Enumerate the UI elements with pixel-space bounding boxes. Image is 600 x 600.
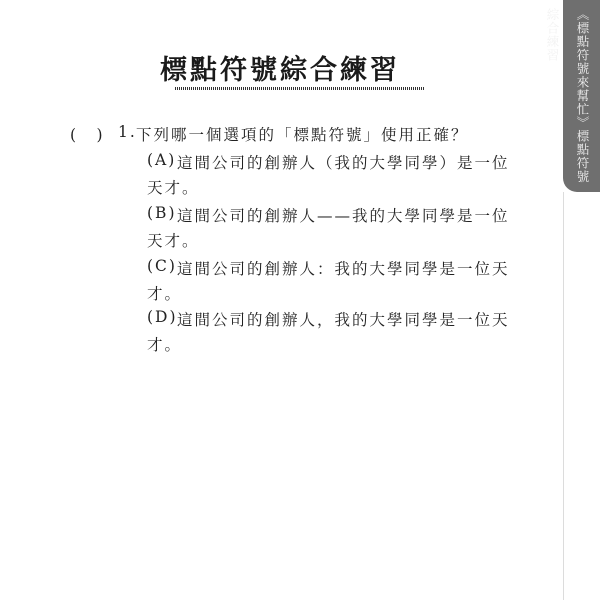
option-label: (A) xyxy=(147,151,176,169)
chapter-side-tab-text: 《標點符號來幫忙》標點符號綜合練習 xyxy=(567,8,597,192)
option-text: 這間公司的創辦人，我的大學同學是一位天 xyxy=(177,308,510,330)
option-label: (C) xyxy=(147,257,177,275)
answer-blank[interactable]: ( ) xyxy=(70,123,103,145)
option-text: 才。 xyxy=(147,333,182,355)
option-text: 這間公司的創辦人（我的大學同學）是一位 xyxy=(177,151,510,173)
option-text: 天才。 xyxy=(147,229,200,251)
option-label: (B) xyxy=(147,204,177,222)
option-label: (D) xyxy=(147,308,178,326)
question-number: 1. xyxy=(118,123,137,141)
margin-divider xyxy=(563,192,564,600)
option-text: 這間公司的創辦人——我的大學同學是一位 xyxy=(177,204,510,226)
title-underline-rule xyxy=(175,87,425,90)
question-stem: 下列哪一個選項的「標點符號」使用正確？ xyxy=(136,123,469,145)
option-text: 才。 xyxy=(147,282,182,304)
page-title: 標點符號綜合練習 xyxy=(0,48,560,87)
chapter-side-tab: 《標點符號來幫忙》標點符號綜合練習 xyxy=(563,0,600,192)
option-text: 天才。 xyxy=(147,176,200,198)
option-text: 這間公司的創辦人：我的大學同學是一位天 xyxy=(177,257,510,279)
